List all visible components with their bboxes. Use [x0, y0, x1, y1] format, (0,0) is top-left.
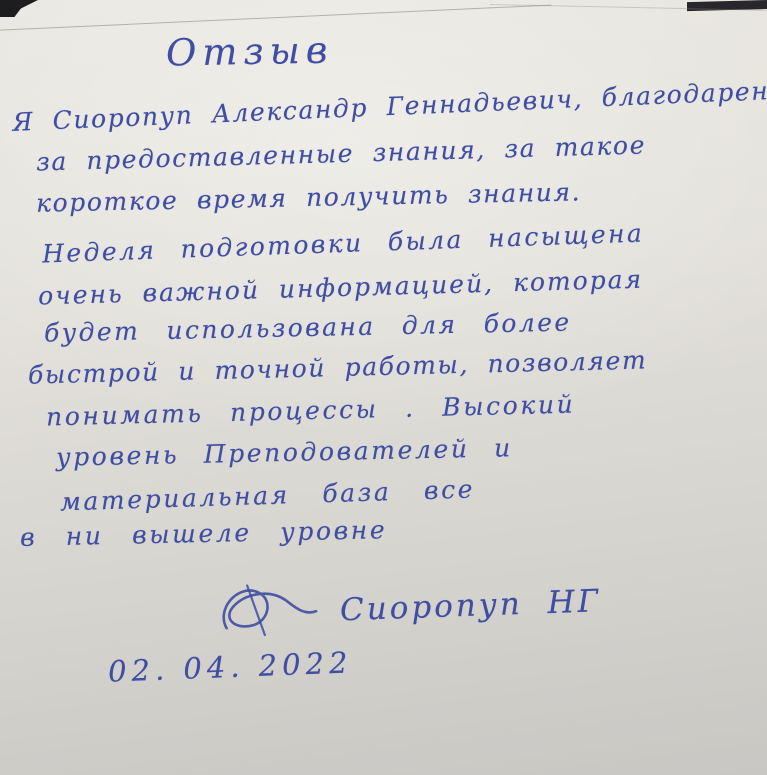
- handwritten-line-6: будет использована для более: [44, 307, 572, 347]
- handwritten-line-7: быстрой и точной работы, позволяет: [28, 345, 648, 389]
- handwritten-line-4: Неделя подготовки была насыщена: [42, 218, 645, 268]
- signature-block: Сиоропуп НГ: [211, 571, 602, 645]
- handwritten-note-photo: Отзыв Я Сиоропуп Александр Геннадьевич, …: [0, 0, 767, 775]
- handwritten-line-5: очень важной информацией, которая: [38, 265, 644, 311]
- handwritten-line-8: понимать процессы . Высокий: [46, 390, 576, 432]
- signature-name: Сиоропуп НГ: [339, 583, 601, 628]
- handwritten-line-3: короткое время получить знания.: [36, 177, 582, 217]
- note-title: Отзыв: [166, 29, 334, 75]
- handwritten-line-9: уровень Преподователей и: [56, 433, 513, 472]
- handwritten-line-1: Я Сиоропуп Александр Геннадьевич, благод…: [12, 76, 767, 137]
- handwritten-line-10: материальная база все: [60, 474, 476, 516]
- note-date: 02. 04. 2022: [107, 645, 353, 688]
- signature-flourish-icon: [211, 581, 323, 645]
- photo-dark-edge-left: [0, 0, 38, 17]
- paper-crease-line: [0, 5, 551, 31]
- handwritten-line-11: в ни вышеле уровне: [20, 515, 388, 552]
- handwritten-line-2: за предоставленные знания, за такое: [36, 130, 647, 176]
